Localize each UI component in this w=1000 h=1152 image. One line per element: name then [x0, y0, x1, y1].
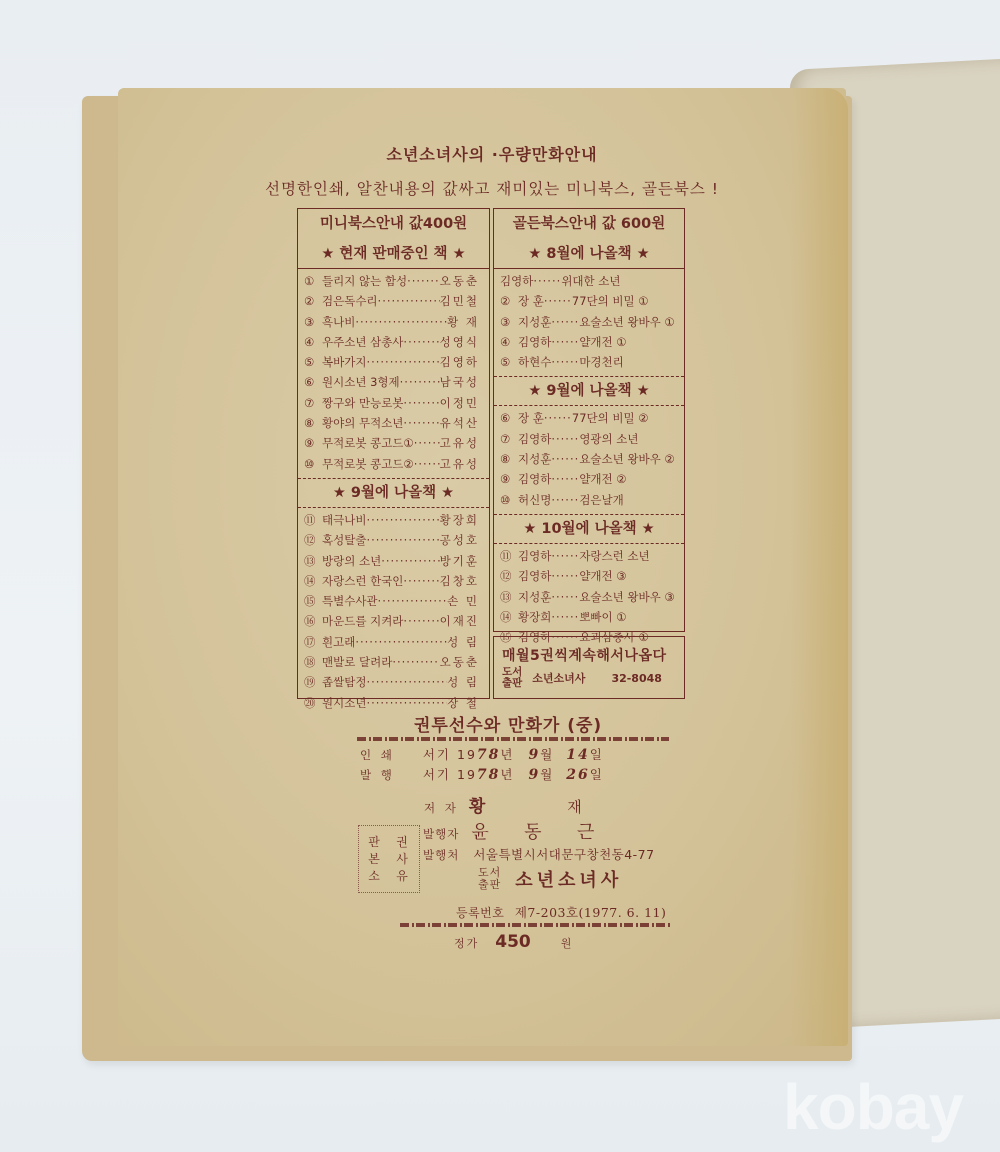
list-item: ①들리지 않는 함성오동춘 [298, 271, 489, 291]
price-line: 정가 450 원 [454, 932, 573, 952]
list-item: ⑦짱구와 만능로봇이정민 [298, 393, 489, 413]
list-item: ⑳원시소년장 철 [298, 693, 489, 713]
imprint-label: 도서출판 [478, 867, 501, 891]
imprint-line: 도서출판 소년소녀사 [478, 866, 622, 892]
address-line: 발행처 서울특별시서대문구창천동4-77 [423, 845, 655, 863]
list-item: ⑭황장희뽀빠이 ① [494, 607, 684, 627]
golden-september-section-title: ★ 9월에 나올책 ★ [494, 376, 684, 406]
list-item: ⑲좁쌀탐정성 림 [298, 672, 489, 692]
monthly-notice: 매월5권씩계속해서나옵다 [494, 637, 684, 665]
mini-books-header: 미니북스안내 값400원 [298, 209, 489, 240]
list-item: ⑩무적로봇 콩고드②고유성 [298, 454, 489, 474]
list-item: ⑬방랑의 소년방기훈 [298, 551, 489, 571]
list-item: ⑥원시소년 3형제남국성 [298, 372, 489, 392]
mini-books-box: 미니북스안내 값400원 ★ 현재 판매중인 책 ★ ①들리지 않는 함성오동춘… [297, 208, 490, 699]
list-item: ⑤하현수마경천리 [494, 352, 684, 372]
author-line: 저 자 황 재 [424, 792, 584, 817]
publisher-phone: 32-8048 [611, 672, 662, 685]
list-item: ⑮특별수사관손 민 [298, 591, 489, 611]
print-date-line: 인 쇄 서기 1978년 9월 14일 [360, 745, 604, 763]
list-item: ⑯마운드를 지켜라이재진 [298, 611, 489, 631]
publisher-name: 소년소녀사 [532, 670, 585, 686]
list-item: ⑪김영하자랑스런 소년 [494, 546, 684, 566]
copyright-notice: 판본소 권사유 [358, 825, 420, 893]
list-item: ③흑나비황 재 [298, 312, 489, 332]
list-item: ⑫김영하얄개전 ③ [494, 566, 684, 586]
list-item: ②장 훈77단의 비밀 ① [494, 291, 684, 311]
list-item: ⑧황야의 무적소년유석산 [298, 413, 489, 433]
book-title: 권투선수와 만화가 (중) [414, 711, 602, 736]
publisher-notice-box: 매월5권씩계속해서나옵다 도서출판 소년소녀사 32-8048 [493, 636, 685, 699]
list-item: ⑧지성훈요술소년 왕바우 ② [494, 449, 684, 469]
golden-books-header: 골든북스안내 값 600원 [494, 209, 684, 240]
publisher-person-line: 발행자 윤 동 근 [423, 818, 602, 844]
list-item: ⑬지성훈요술소년 왕바우 ③ [494, 587, 684, 607]
october-section-title: ★ 10월에 나올책 ★ [494, 514, 684, 544]
copyright-col-1: 판본소 [367, 834, 381, 885]
golden-books-box: 골든북스안내 값 600원 ★ 8월에 나올책 ★ 김영하위대한 소년 ②장 훈… [493, 208, 685, 632]
list-item: ⑭자랑스런 한국인김창호 [298, 571, 489, 591]
list-item: ⑨김영하얄개전 ② [494, 469, 684, 489]
on-sale-section-title: ★ 현재 판매중인 책 ★ [298, 240, 489, 269]
publish-date-line: 발 행 서기 1978년 9월 26일 [360, 765, 604, 783]
list-item: ⑩허신명검은날개 [494, 490, 684, 510]
golden-september-list: ⑥장 훈77단의 비밀 ② ⑦김영하영광의 소년 ⑧지성훈요술소년 왕바우 ② … [494, 406, 684, 509]
list-item: ④우주소년 삼총사성영식 [298, 332, 489, 352]
list-item: ⑥장 훈77단의 비밀 ② [494, 408, 684, 428]
list-item: ⑰흰고래성 림 [298, 632, 489, 652]
list-item: ③지성훈요술소년 왕바우 ① [494, 312, 684, 332]
august-list: 김영하위대한 소년 ②장 훈77단의 비밀 ① ③지성훈요술소년 왕바우 ① ④… [494, 269, 684, 372]
publisher-line: 도서출판 소년소녀사 32-8048 [494, 665, 684, 691]
copyright-col-2: 권사유 [395, 834, 409, 885]
publisher-label: 도서출판 [502, 667, 522, 689]
page-title: 소년소녀사의 ·우량만화안내 [0, 142, 992, 165]
page-curl [790, 88, 848, 1046]
mini-september-section-title: ★ 9월에 나올책 ★ [298, 478, 489, 508]
registration-line: 등록번호 제7-203호(1977. 6. 11) [456, 903, 666, 921]
list-item: ⑦김영하영광의 소년 [494, 429, 684, 449]
list-item: ②검은독수리김민철 [298, 291, 489, 311]
watermark: kobay [783, 1070, 963, 1144]
page-subtitle: 선명한인쇄, 알찬내용의 값싸고 재미있는 미니북스, 골든북스 ! [0, 177, 992, 199]
list-item: ⑫혹성탈출공성호 [298, 530, 489, 550]
on-sale-list: ①들리지 않는 함성오동춘 ②검은독수리김민철 ③흑나비황 재 ④우주소년 삼총… [298, 269, 489, 474]
list-item: ④김영하얄개전 ① [494, 332, 684, 352]
wavy-divider-bottom [400, 923, 670, 927]
list-item: ⑪태극나비황장희 [298, 510, 489, 530]
august-section-title: ★ 8월에 나올책 ★ [494, 240, 684, 269]
list-item: ⑱맨발로 달려라오동춘 [298, 652, 489, 672]
mini-september-list: ⑪태극나비황장희 ⑫혹성탈출공성호 ⑬방랑의 소년방기훈 ⑭자랑스런 한국인김창… [298, 508, 489, 713]
october-list: ⑪김영하자랑스런 소년 ⑫김영하얄개전 ③ ⑬지성훈요술소년 왕바우 ③ ⑭황장… [494, 544, 684, 647]
list-item: ⑨무적로봇 콩고드①고유성 [298, 433, 489, 453]
wavy-divider-top [357, 737, 669, 741]
list-item: ⑤복바가지김영하 [298, 352, 489, 372]
list-item: 김영하위대한 소년 [494, 271, 684, 291]
